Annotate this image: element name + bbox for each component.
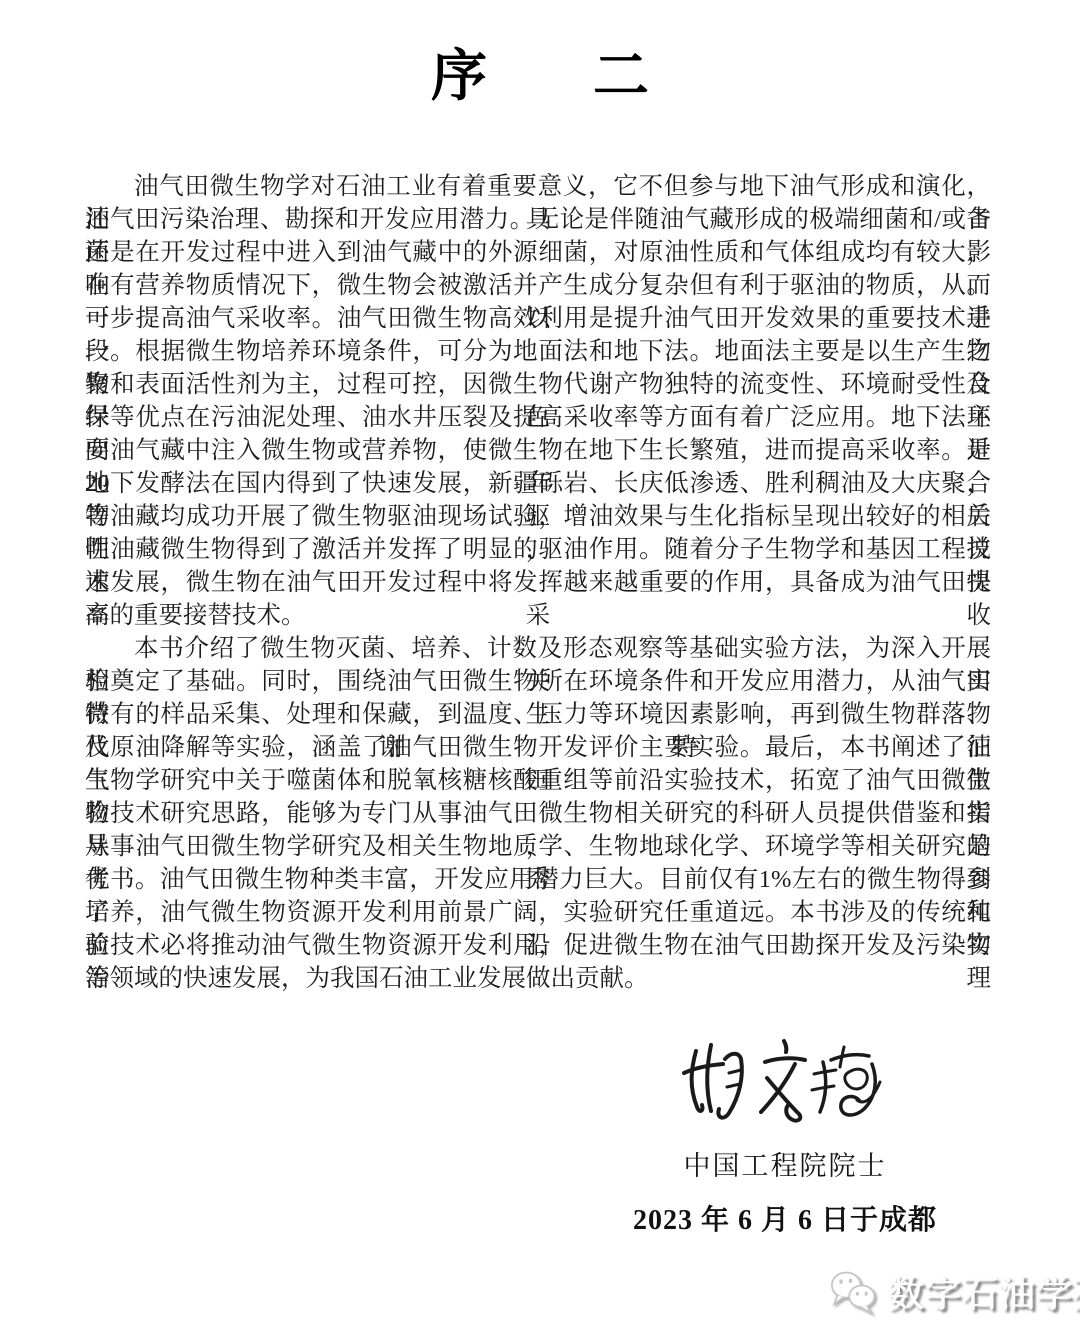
page-title: 序 二 (0, 32, 1080, 112)
body-line: 等油藏均成功开展了微生物驱油现场试验，增油效果与生化指标呈现出较好的相关性，说 (85, 500, 991, 533)
body-line: 及原油降解等实验，涵盖了油气田微生物开发评价主要实验。最后，本书阐述了油气田微 (85, 731, 991, 764)
body-line: 一步提高油气采收率。油气田微生物高效利用是提升油气田开发效果的重要技术手段之 (85, 302, 991, 335)
body-line: 在有营养物质情况下，微生物会被激活并产生成分复杂但有利于驱油的物质，从而可以进 (85, 269, 991, 302)
signature-date: 2023 年 6 月 6 日于成都 (620, 1198, 950, 1238)
body-line: 从事油气田微生物学研究及相关生物地质学、生物地球化学、环境学等相关研究的优秀参 (85, 830, 991, 863)
body-line: 保等优点在污油泥处理、油水井压裂及提高采收率等方面有着广泛应用。地下法主要是 (85, 401, 991, 434)
body-line: 特有的样品采集、处理和保藏，到温度、压力等环境因素影响，再到微生物群落、代谢特征 (85, 698, 991, 731)
wechat-icon (828, 1269, 880, 1315)
body-line: 油气田污染治理、勘探和开发应用潜力。无论是伴随油气藏形成的极端细菌和/或古菌， (85, 203, 991, 236)
watermark: 数字石油学苑 (828, 1266, 1080, 1317)
body-line: 速发展，微生物在油气田开发过程中将发挥越来越重要的作用，具备成为油气田提高采收 (85, 566, 991, 599)
page-title-char-2: 二 (593, 32, 649, 112)
signature-block: 中国工程院院士 2023 年 6 月 6 日于成都 (620, 1035, 950, 1238)
signature-title: 中国工程院院士 (620, 1144, 950, 1183)
signature-image (680, 1035, 890, 1130)
body-line: 验技术必将推动油气微生物资源开发利用，促进微生物在油气田勘探开发及污染物治理 (85, 929, 991, 962)
document-page: 序 二 油气田微生物学对石油工业有着重要意义，它不但参与地下油气形成和演化，还具… (0, 0, 1080, 1340)
body-line: 地下发酵法在国内得到了快速发展，新疆砾岩、长庆低渗透、胜利稠油及大庆聚合物驱后 (85, 467, 991, 500)
body-line: 培养，油气微生物资源开发利用前景广阔，实验研究任重道远。本书涉及的传统和前沿实 (85, 896, 991, 929)
body-line: 生物学研究中关于噬菌体和脱氧核糖核酸重组等前沿实验技术，拓宽了油气田微生物实 (85, 764, 991, 797)
watermark-text: 数字石油学苑 (888, 1266, 1080, 1317)
page-title-char-1: 序 (431, 32, 487, 112)
body-text: 油气田微生物学对石油工业有着重要意义，它不但参与地下油气形成和演化，还具备 油气… (85, 170, 991, 995)
body-line: 验技术研究思路，能够为专门从事油气田微生物相关研究的科研人员提供借鉴和指导，是 (85, 797, 991, 830)
body-line: 明油藏微生物得到了激活并发挥了明显的驱油作用。随着分子生物学和基因工程技术快 (85, 533, 991, 566)
body-line: 验奠定了基础。同时，围绕油气田微生物所在环境条件和开发应用潜力，从油气田微生物 (85, 665, 991, 698)
body-line: 本书介绍了微生物灭菌、培养、计数及形态观察等基础实验方法，为深入开展相关实 (85, 632, 991, 665)
body-line: 油气田微生物学对石油工业有着重要意义，它不但参与地下油气形成和演化，还具备 (85, 170, 991, 203)
body-line: 向油气藏中注入微生物或营养物，使微生物在地下生长繁殖，进而提高采收率。近20 年… (85, 434, 991, 467)
body-line: 物和表面活性剂为主，过程可控，因微生物代谢产物独特的流变性、环境耐受性及绿色环 (85, 368, 991, 401)
body-line: 还是在开发过程中进入到油气藏中的外源细菌，对原油性质和气体组成均有较大影响。 (85, 236, 991, 269)
body-line: 考书。油气田微生物种类丰富，开发应用潜力巨大。目前仅有1%左右的微生物得到了纯 (85, 863, 991, 896)
body-line: 一。根据微生物培养环境条件，可分为地面法和地下法。地面法主要是以生产生物聚合 (85, 335, 991, 368)
